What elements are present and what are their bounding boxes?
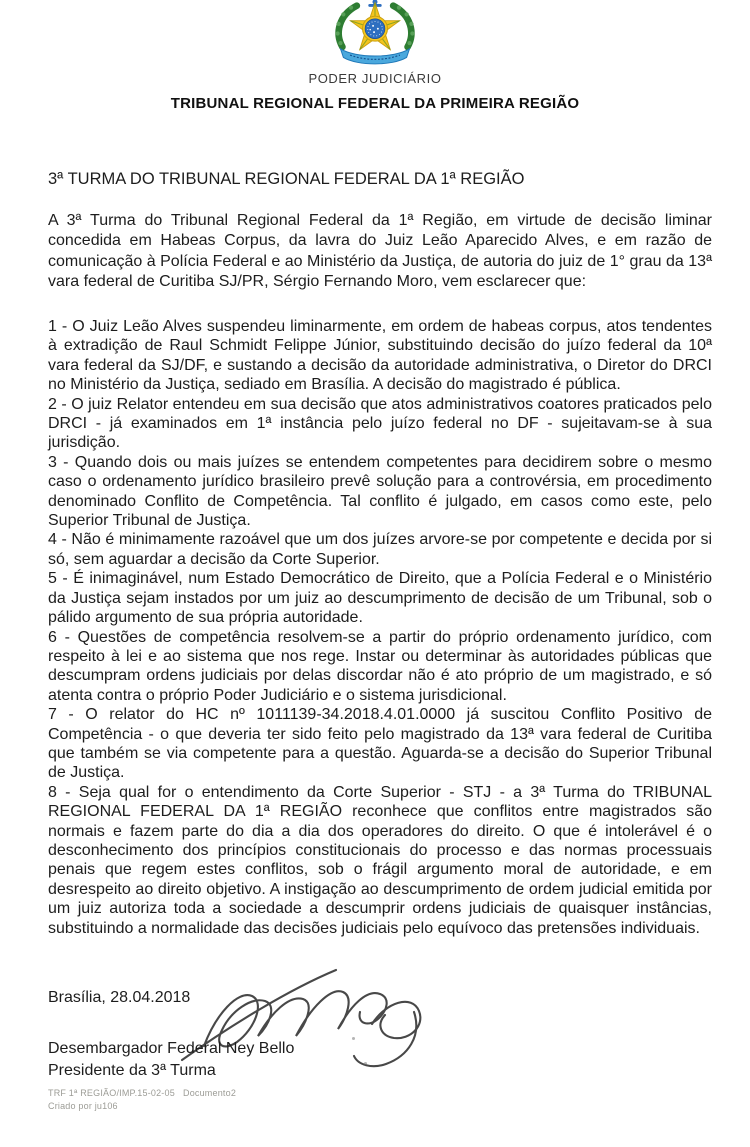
document-intro-paragraph: A 3ª Turma do Tribunal Regional Federal … [48,211,712,293]
signer-role: Presidente da 3ª Turma [48,1060,294,1082]
document-title: 3ª TURMA DO TRIBUNAL REGIONAL FEDERAL DA… [48,170,712,189]
footer-created-by: Criado por ju106 [48,1101,118,1111]
ink-speck [364,1062,367,1065]
document-body: 1 - O Juiz Leão Alves suspendeu liminarm… [48,317,712,938]
item-7: 7 - O relator do HC nº 1011139-34.2018.4… [48,705,712,783]
signature-block: Desembargador Federal Ney Bello Presiden… [48,1038,294,1082]
item-2: 2 - O juiz Relator entendeu em sua decis… [48,395,712,453]
item-6: 6 - Questões de competência resolvem-se … [48,628,712,706]
brazil-coat-of-arms-icon [327,0,423,68]
item-1: 1 - O Juiz Leão Alves suspendeu liminarm… [48,317,712,395]
item-5: 5 - É inimaginável, num Estado Democráti… [48,569,712,627]
header-poder-judiciario: PODER JUDICIÁRIO [0,71,750,86]
place-and-date: Brasília, 28.04.2018 [48,989,190,1007]
signer-name: Desembargador Federal Ney Bello [48,1038,294,1060]
item-8: 8 - Seja qual for o entendimento da Cort… [48,783,712,938]
header-tribunal-name: TRIBUNAL REGIONAL FEDERAL DA PRIMEIRA RE… [0,95,750,112]
ribbon [341,49,410,64]
item-3: 3 - Quando dois ou mais juízes se entend… [48,453,712,531]
footer-document-name: Documento2 [183,1088,236,1098]
ink-speck [352,1037,355,1040]
footer-form-code: TRF 1ª REGIÃO/IMP.15-02-05 [48,1088,175,1098]
item-4: 4 - Não é minimamente razoável que um do… [48,530,712,569]
wreath-right [393,6,411,47]
wreath-left [339,6,357,47]
